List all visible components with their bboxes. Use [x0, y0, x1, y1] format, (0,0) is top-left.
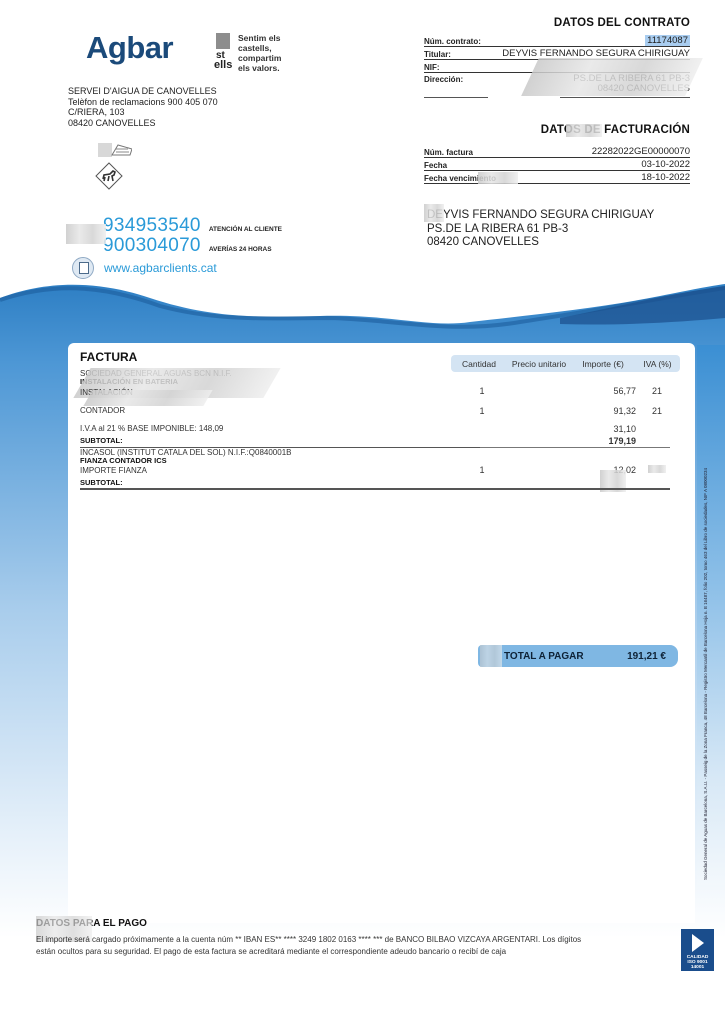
contract-section-title: DATOS DEL CONTRATO [424, 17, 690, 29]
redaction-blur [478, 172, 518, 184]
col-amount: Importe (€) [571, 359, 635, 369]
website-link[interactable]: www.agbarclients.cat [104, 261, 217, 275]
col-iva: IVA (%) [635, 359, 680, 369]
invoice-title: FACTURA [80, 350, 137, 364]
redaction-blur [66, 224, 106, 244]
slogan: Sentim els castells, compartim els valor… [238, 33, 281, 73]
item-desc: IMPORTE FIANZA [80, 466, 147, 475]
invoice-number: 22282022GE00000070 [592, 146, 690, 157]
subtotal-label: SUBTOTAL: [80, 478, 123, 487]
company-address: SERVEI D'AIGUA DE CANOVELLES Telèfon de … [68, 86, 218, 128]
kosher-certificate-icon [98, 143, 132, 159]
side-legal-strip [697, 345, 725, 885]
redaction-blur [521, 58, 703, 96]
redaction-blur [566, 124, 602, 137]
quality-arrow-icon [692, 934, 704, 952]
redaction-blur [648, 465, 666, 473]
col-quantity: Cantidad [451, 359, 507, 369]
contract-number-row: Núm. contrato: 11174087 [424, 35, 690, 47]
breakdown-phone[interactable]: 900304070 [103, 235, 201, 257]
redaction-blur [480, 645, 502, 667]
castells-logo: st ells [214, 33, 234, 73]
invoice-date-row: Fecha 03-10-2022 [424, 159, 690, 171]
website-row: www.agbarclients.cat [72, 257, 217, 279]
iso-quality-badge: CALIDAD ISO 9001 14001 [681, 929, 714, 971]
item-desc: CONTADOR [80, 406, 125, 415]
due-date-row: Fecha vencimiento 18-10-2022 [424, 172, 690, 184]
agbar-logo: Agbar [86, 30, 173, 66]
customer-phone[interactable]: 934953540 [103, 215, 201, 237]
animal-warning-diamond-icon [95, 162, 123, 190]
section-2-title: FIANZA CONTADOR ICS [80, 456, 167, 465]
redaction-blur [424, 204, 444, 222]
total-amount: 191,21 € [627, 651, 666, 662]
total-to-pay: TOTAL A PAGAR 191,21 € [478, 645, 678, 667]
billing-section-title: DATOS DE FACTURACIÓN [424, 124, 690, 136]
contract-number: 11174087 [645, 35, 690, 46]
contact-phones: 934953540 ATENCIÓN AL CLIENTE 900304070 … [103, 215, 282, 255]
web-document-icon [72, 257, 94, 279]
side-legal-text: Sociedad General de Aguas de Barcelona, … [703, 340, 708, 880]
recipient-address: DEYVIS FERNANDO SEGURA CHIRIGUAY PS.DE L… [427, 209, 654, 250]
invoice-number-row: Núm. factura 22282022GE00000070 [424, 146, 690, 158]
redaction-blur [83, 390, 212, 406]
payment-text: El importe será cargado próximamente a l… [36, 934, 656, 958]
col-unit-price: Precio unitario [507, 359, 571, 369]
iva-line: I.V.A al 21 % BASE IMPONIBLE: 148,09 [80, 424, 223, 433]
invoice-table-header: Cantidad Precio unitario Importe (€) IVA… [451, 355, 680, 372]
subtotal-label: SUBTOTAL: [80, 436, 123, 445]
subtotal-1: 179,19 [580, 436, 636, 446]
